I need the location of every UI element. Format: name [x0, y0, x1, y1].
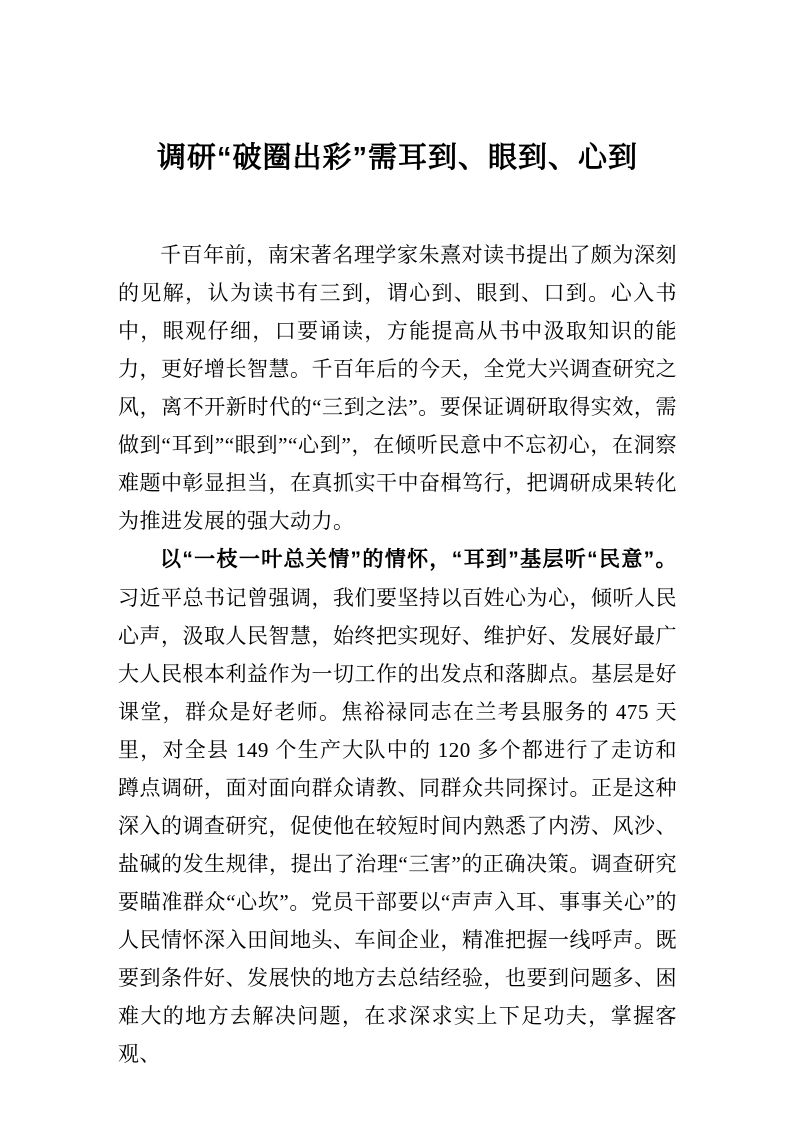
paragraph-eardao: 以“一枝一叶总关情”的情怀，“耳到”基层听“民意”。习近平总书记曾强调，我们要坚…	[118, 540, 677, 1073]
document-page: 调研“破圈出彩”需耳到、眼到、心到 千百年前，南宋著名理学家朱熹对读书提出了颇为…	[0, 0, 793, 1122]
paragraph-lead-sentence: 以“一枝一叶总关情”的情怀，“耳到”基层听“民意”。	[160, 548, 677, 571]
document-title: 调研“破圈出彩”需耳到、眼到、心到	[118, 140, 677, 176]
paragraph-intro: 千百年前，南宋著名理学家朱熹对读书提出了颇为深刻的见解，认为读书有三到，谓心到、…	[118, 236, 677, 540]
paragraph-body-text: 习近平总书记曾强调，我们要坚持以百姓心为心，倾听人民心声，汲取人民智慧，始终把实…	[118, 586, 677, 1066]
